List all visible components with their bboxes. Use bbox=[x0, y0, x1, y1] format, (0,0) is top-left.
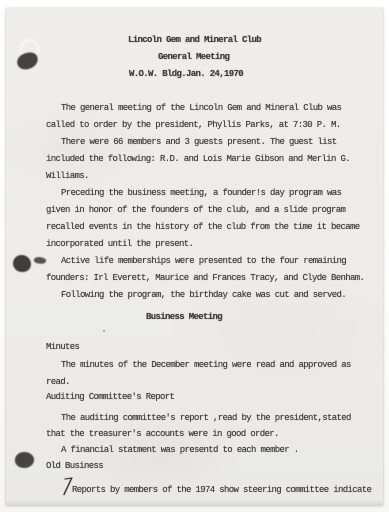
paper-speck bbox=[103, 330, 105, 332]
paragraph-line: founders: Irl Everett, Maurice and Franc… bbox=[46, 272, 364, 284]
ink-smudge-middle-left bbox=[33, 255, 47, 265]
paragraph-line: There were 66 members and 3 guests prese… bbox=[61, 136, 337, 148]
paragraph-line: called to order by the president, Phylli… bbox=[46, 119, 341, 131]
paragraph-line: recalled events in the history of the cl… bbox=[46, 221, 360, 233]
paragraph-line: Following the program, the birthday cake… bbox=[61, 289, 346, 301]
ink-spot-top-left bbox=[15, 51, 39, 72]
scanned-document: Lincoln Gem and Mineral ClubGeneral Meet… bbox=[0, 0, 389, 512]
paragraph-line: incorporated until the present. bbox=[46, 238, 193, 250]
paragraph-line: The minutes of the December meeting were… bbox=[61, 359, 351, 371]
ink-spot-bottom-left bbox=[14, 451, 35, 469]
paragraph-line: Active life memberships were presented t… bbox=[61, 255, 346, 267]
paragraph-line: read. bbox=[46, 376, 70, 388]
paragraph-line: Reports by members of the 1974 show stee… bbox=[72, 484, 371, 496]
paragraph-line: The auditing committee's report ,read by… bbox=[61, 412, 351, 424]
doc-title-line: Lincoln Gem and Mineral Club bbox=[128, 34, 261, 46]
subsection-heading: Minutes bbox=[46, 341, 79, 353]
document-page: Lincoln Gem and Mineral ClubGeneral Meet… bbox=[6, 8, 383, 505]
section-heading: Business Meeting bbox=[146, 311, 222, 323]
subsection-heading: Old Business bbox=[46, 460, 103, 472]
paragraph-line: that the treasurer's accounts were in go… bbox=[46, 428, 279, 440]
paragraph-line: given in honor of the founders of the cl… bbox=[46, 204, 345, 216]
subsection-heading: Auditing Committee's Report bbox=[46, 391, 174, 403]
paragraph-line: A financial statment was presentd to eac… bbox=[61, 444, 299, 456]
doc-title-line: W.O.W. Bldg.Jan. 24,1970 bbox=[129, 68, 243, 80]
paragraph-line: included the following: R.D. and Lois Ma… bbox=[46, 153, 350, 165]
paragraph-line: Williams. bbox=[46, 170, 89, 182]
paragraph-line: Preceding the business meeting, a founde… bbox=[61, 187, 341, 199]
doc-title-line: General Meeting bbox=[158, 51, 229, 63]
paragraph-line: The general meeting of the Lincoln Gem a… bbox=[61, 102, 341, 114]
ink-spot-middle-left bbox=[13, 255, 31, 272]
